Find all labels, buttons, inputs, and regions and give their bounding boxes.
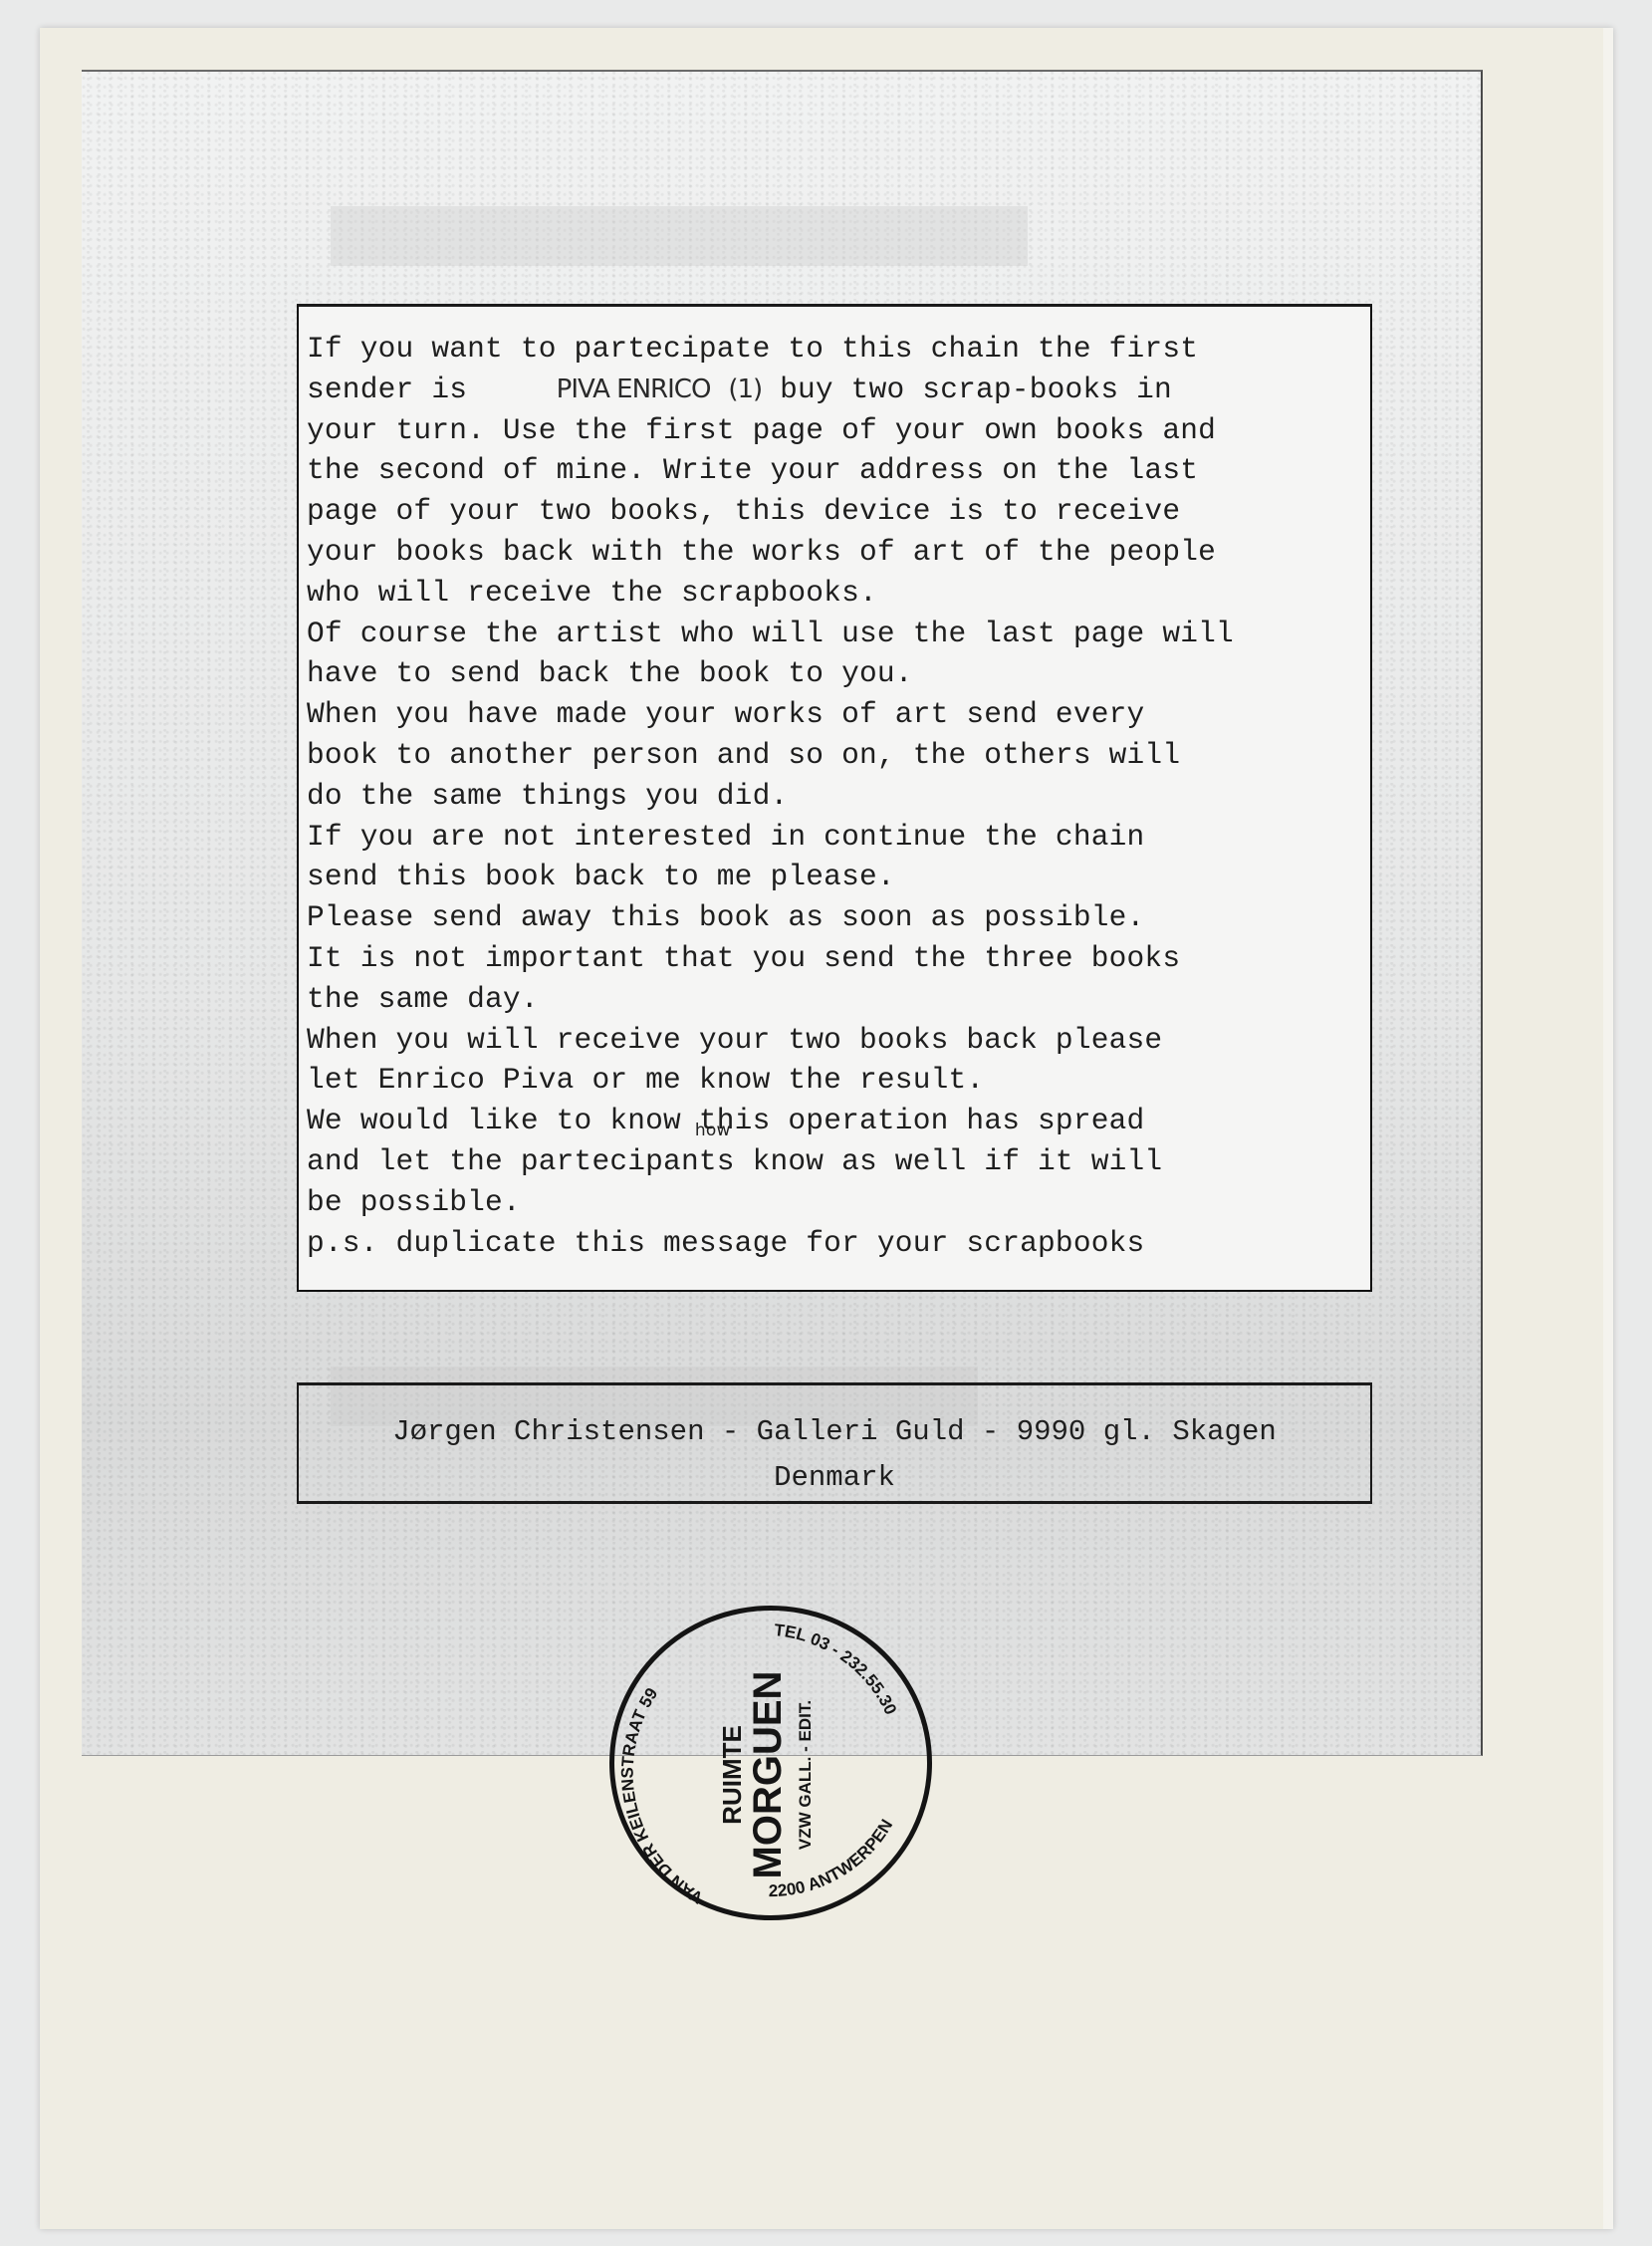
message-line: have to send back the book to you. [307, 653, 1362, 694]
sender-address-box: Jørgen Christensen - Galleri Guld - 9990… [297, 1382, 1372, 1504]
smudge [331, 206, 1028, 266]
message-line: do the same things you did. [307, 776, 1362, 817]
message-line: be possible. [307, 1182, 1362, 1223]
svg-text:VAN DER KEILENSTRAAT 59: VAN DER KEILENSTRAAT 59 [618, 1684, 706, 1907]
message-line: It is not important that you send the th… [307, 938, 1362, 979]
stamp-ring-icon: VAN DER KEILENSTRAAT 59 TEL 03 - 232.55.… [609, 1606, 932, 1920]
message-text: We would like to know [307, 1104, 681, 1137]
message-line: the second of mine. Write your address o… [307, 450, 1362, 491]
message-line: let Enrico Piva or me know the result. [307, 1060, 1362, 1101]
message-line-with-insert: We would like to know howthis operation … [307, 1101, 1362, 1141]
message-line: If you want to partecipate to this chain… [307, 329, 1362, 370]
stamp-center-line-2: MORGUEN [746, 1671, 790, 1879]
stamp-ring-top: TEL 03 - 232.55.30 [773, 1621, 900, 1718]
svg-text:TEL 03 - 232.55.30: TEL 03 - 232.55.30 [773, 1621, 900, 1718]
message-line: page of your two books, this device is t… [307, 491, 1362, 532]
message-line: Of course the artist who will use the la… [307, 614, 1362, 654]
stamp-center-line-1: RUIMTE [717, 1725, 747, 1825]
address-line-1: Jørgen Christensen - Galleri Guld - 9990… [299, 1409, 1370, 1455]
message-line: the same day. [307, 979, 1362, 1020]
message-line: When you have made your works of art sen… [307, 694, 1362, 735]
stamp-center-line-3: VZW GALL. - EDIT. [796, 1700, 815, 1850]
ruimte-morguen-stamp: VAN DER KEILENSTRAAT 59 TEL 03 - 232.55.… [609, 1606, 932, 1920]
message-line: If you are not interested in continue th… [307, 817, 1362, 858]
handwritten-number: (1) [728, 374, 762, 404]
message-line: When you will receive your two books bac… [307, 1020, 1362, 1061]
message-text: this operation has spread [699, 1104, 1145, 1137]
message-line: who will receive the scrapbooks. [307, 573, 1362, 614]
handwritten-sender-name: PIVA ENRICO [557, 374, 711, 404]
stamp-ring-left: VAN DER KEILENSTRAAT 59 [618, 1684, 706, 1907]
message-line: your turn. Use the first page of your ow… [307, 410, 1362, 451]
message-line: send this book back to me please. [307, 857, 1362, 897]
message-line: book to another person and so on, the ot… [307, 735, 1362, 776]
message-text: buy two scrap-books in [780, 373, 1172, 406]
message-line: and let the partecipants know as well if… [307, 1141, 1362, 1182]
message-line: Please send away this book as soon as po… [307, 897, 1362, 938]
chain-letter-message: If you want to partecipate to this chain… [297, 304, 1372, 1292]
handwritten-insert-text: how [695, 1111, 731, 1151]
message-line-postscript: p.s. duplicate this message for your scr… [307, 1223, 1362, 1264]
message-text: sender is [307, 373, 467, 406]
message-line: your books back with the works of art of… [307, 532, 1362, 573]
message-line-sender: sender is PIVA ENRICO (1) buy two scrap-… [307, 370, 1362, 410]
address-line-2: Denmark [299, 1455, 1370, 1501]
